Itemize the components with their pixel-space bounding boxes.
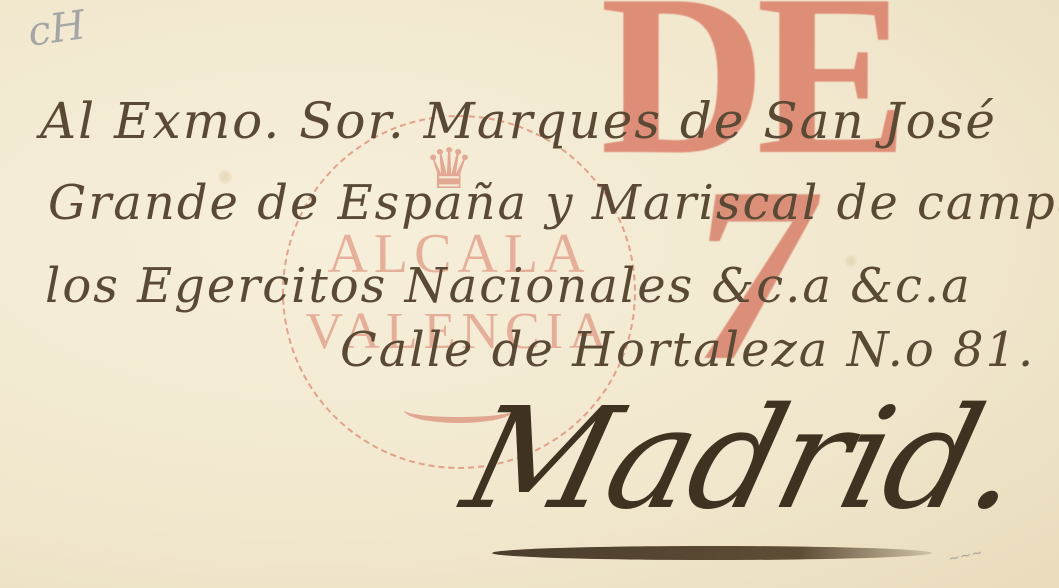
pencil-note: cH bbox=[25, 2, 88, 56]
city-underline-stroke bbox=[492, 546, 932, 560]
pencil-signature: ~~~ bbox=[947, 545, 985, 568]
address-line-2: Grande de España y Mariscal de campo de bbox=[48, 175, 1059, 231]
address-line-3: los Egercitos Nacionales &c.a &c.a bbox=[45, 258, 972, 314]
envelope: cH DE 7 ♛ ALCALA VALENCIA Al Exmo. Sor. … bbox=[0, 0, 1059, 588]
destination-city: Madrid. bbox=[450, 378, 1039, 541]
address-line-4: Calle de Hortaleza N.o 81. bbox=[340, 322, 1035, 378]
address-line-1: Al Exmo. Sor. Marques de San José bbox=[40, 92, 997, 150]
